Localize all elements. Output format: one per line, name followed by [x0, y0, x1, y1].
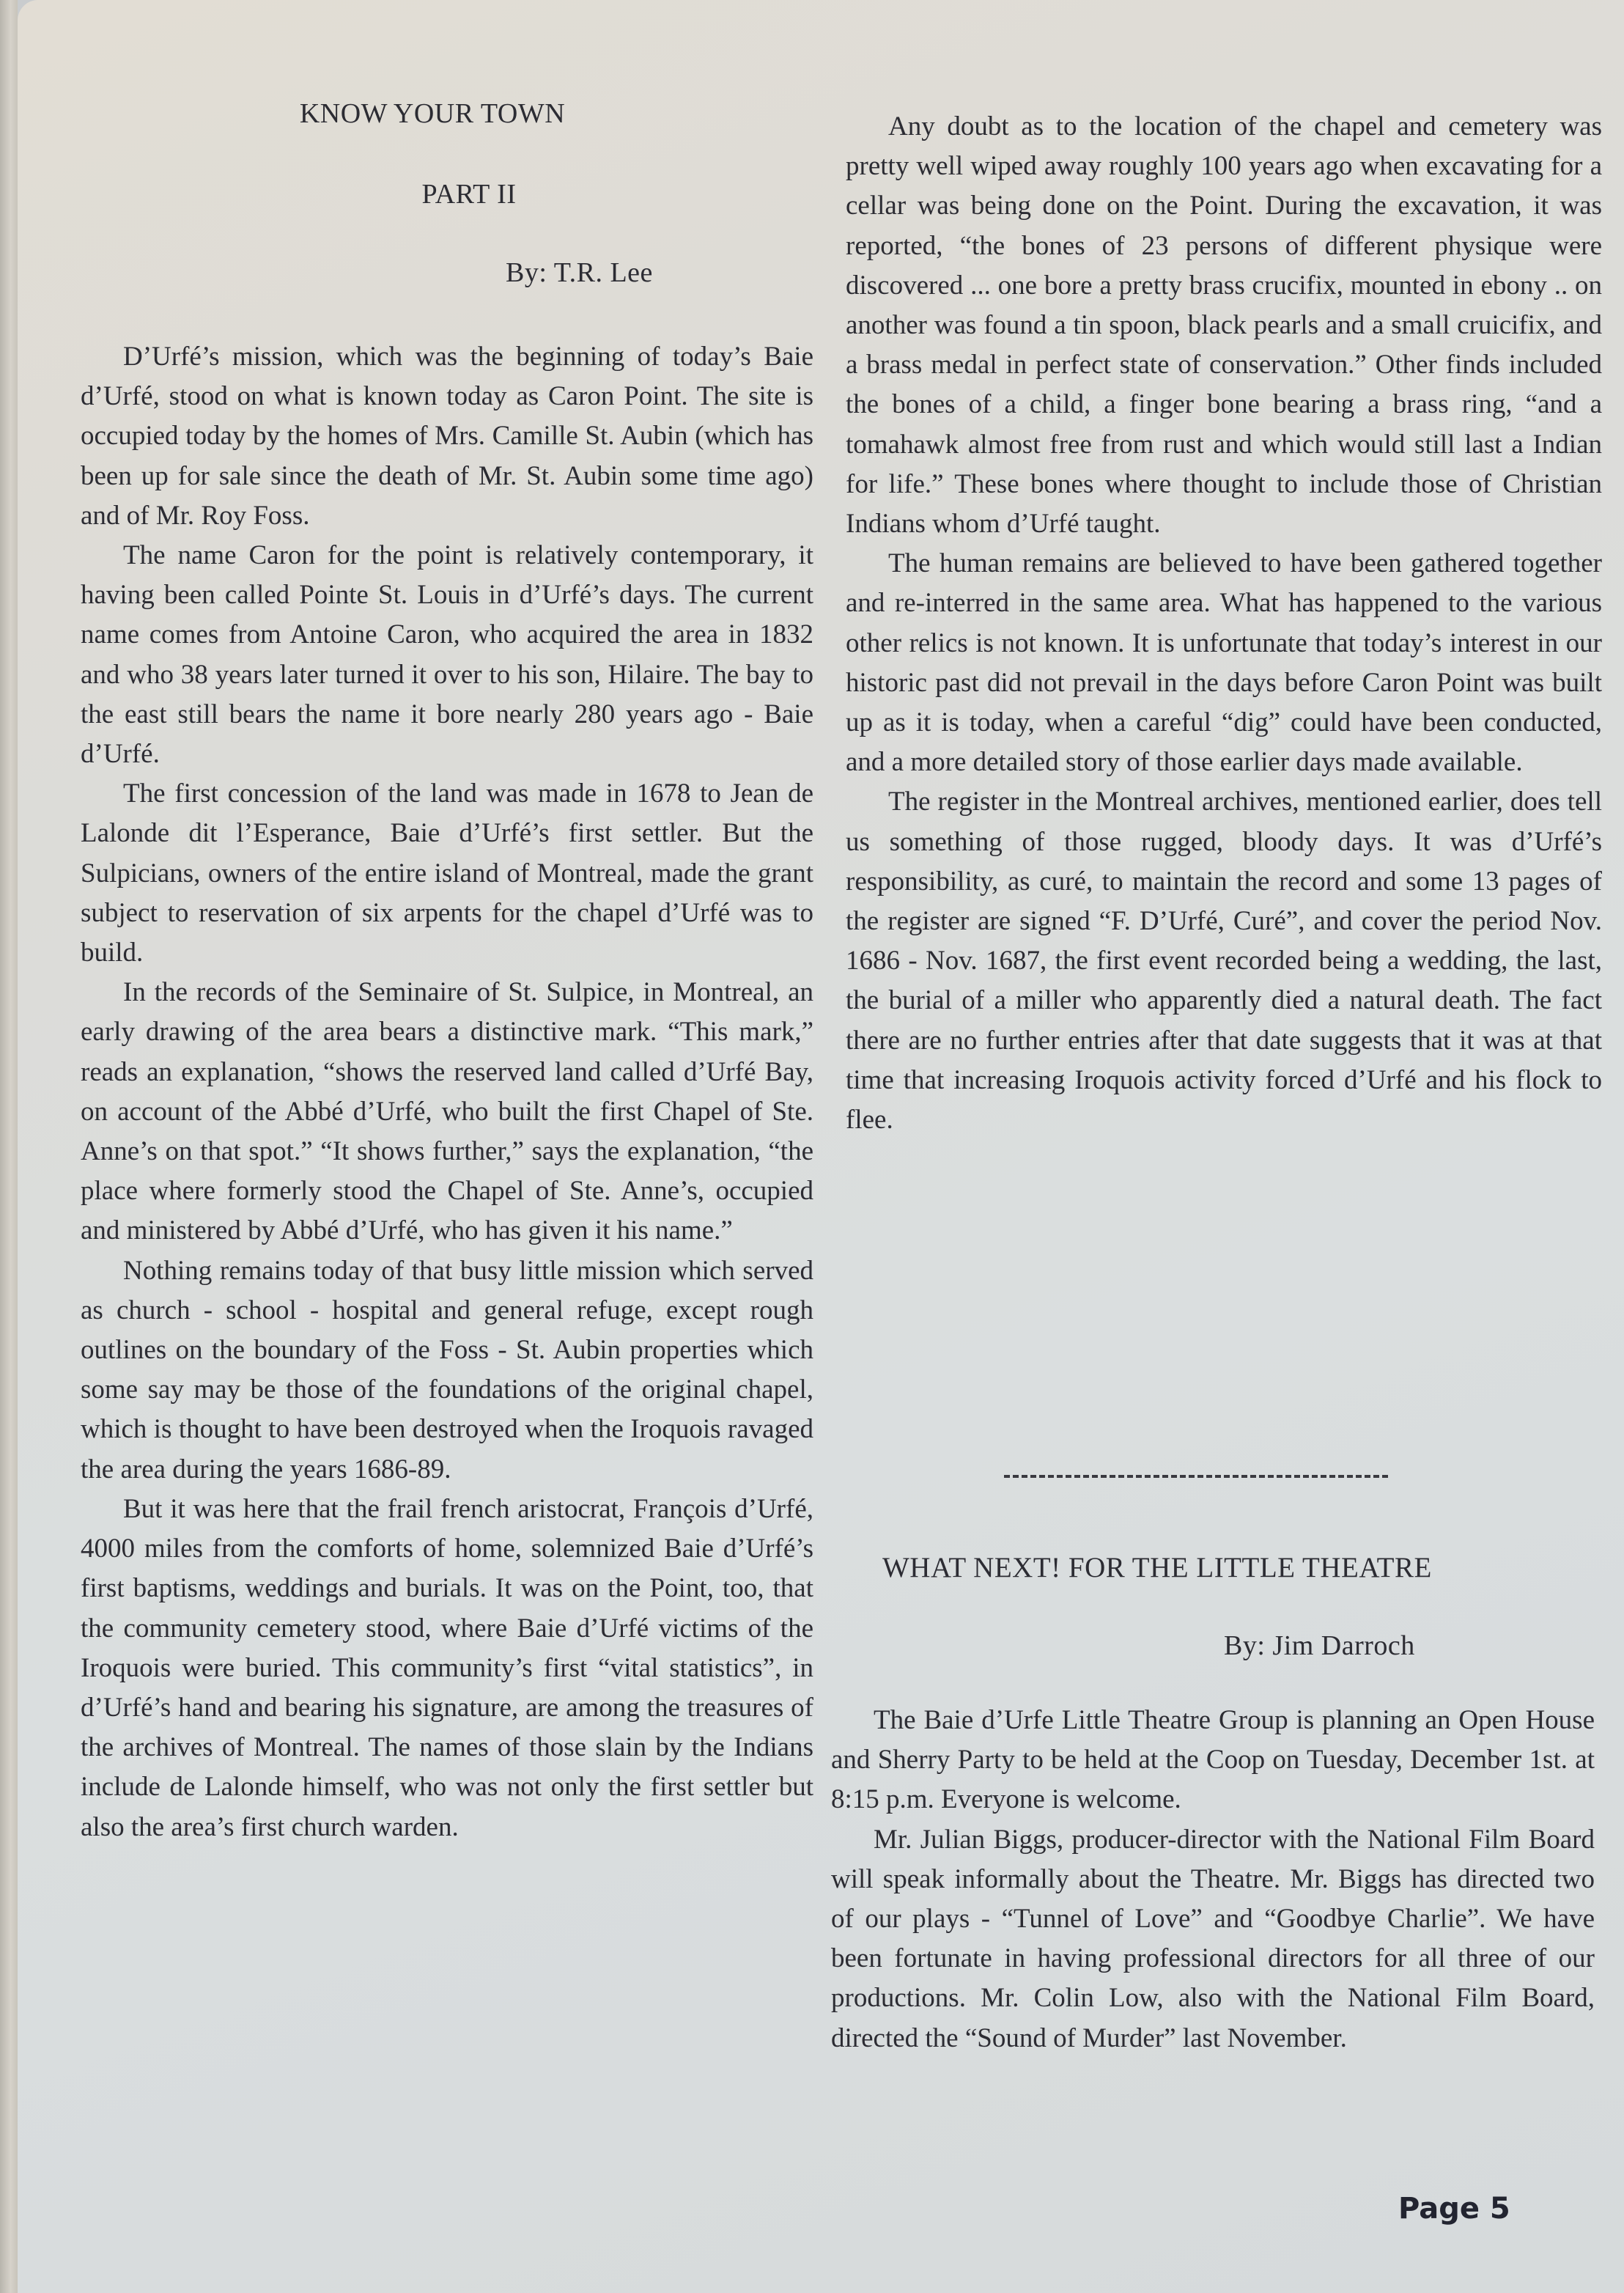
byline-jim-darroch: By: Jim Darroch [1224, 1626, 1415, 1666]
paragraph: The human remains are believed to have b… [846, 544, 1602, 782]
byline-tr-lee: By: T.R. Lee [506, 253, 653, 292]
magazine-page: KNOW YOUR TOWN PART II By: T.R. Lee D’Ur… [18, 0, 1624, 2293]
paragraph: Any doubt as to the location of the chap… [846, 107, 1602, 544]
page-number: Page 5 [1398, 2192, 1510, 2226]
article-title-know-your-town: KNOW YOUR TOWN [81, 94, 813, 133]
paragraph: Nothing remains today of that busy littl… [81, 1251, 813, 1490]
paragraph: The first concession of the land was mad… [81, 774, 813, 973]
article-title-little-theatre: WHAT NEXT! FOR THE LITTLE THEATRE [846, 1548, 1432, 1588]
paragraph: The name Caron for the point is relative… [81, 536, 813, 774]
paragraph: Mr. Julian Biggs, producer-director with… [831, 1820, 1595, 2058]
paragraph: But it was here that the frail french ar… [81, 1490, 813, 1847]
book-spine-edge [0, 0, 18, 2293]
paragraph: The Baie d’Urfe Little Theatre Group is … [831, 1701, 1595, 1820]
article2-body: The Baie d’Urfe Little Theatre Group is … [831, 1701, 1595, 2058]
article1-body-left: D’Urfé’s mission, which was the beginnin… [81, 337, 813, 1847]
paragraph: The register in the Montreal archives, m… [846, 782, 1602, 1140]
paragraph: In the records of the Seminaire of St. S… [81, 973, 813, 1251]
article-subtitle-part: PART II [81, 174, 813, 214]
section-divider [1004, 1475, 1388, 1478]
paragraph: D’Urfé’s mission, which was the beginnin… [81, 337, 813, 536]
article1-body-right: Any doubt as to the location of the chap… [846, 107, 1602, 1140]
